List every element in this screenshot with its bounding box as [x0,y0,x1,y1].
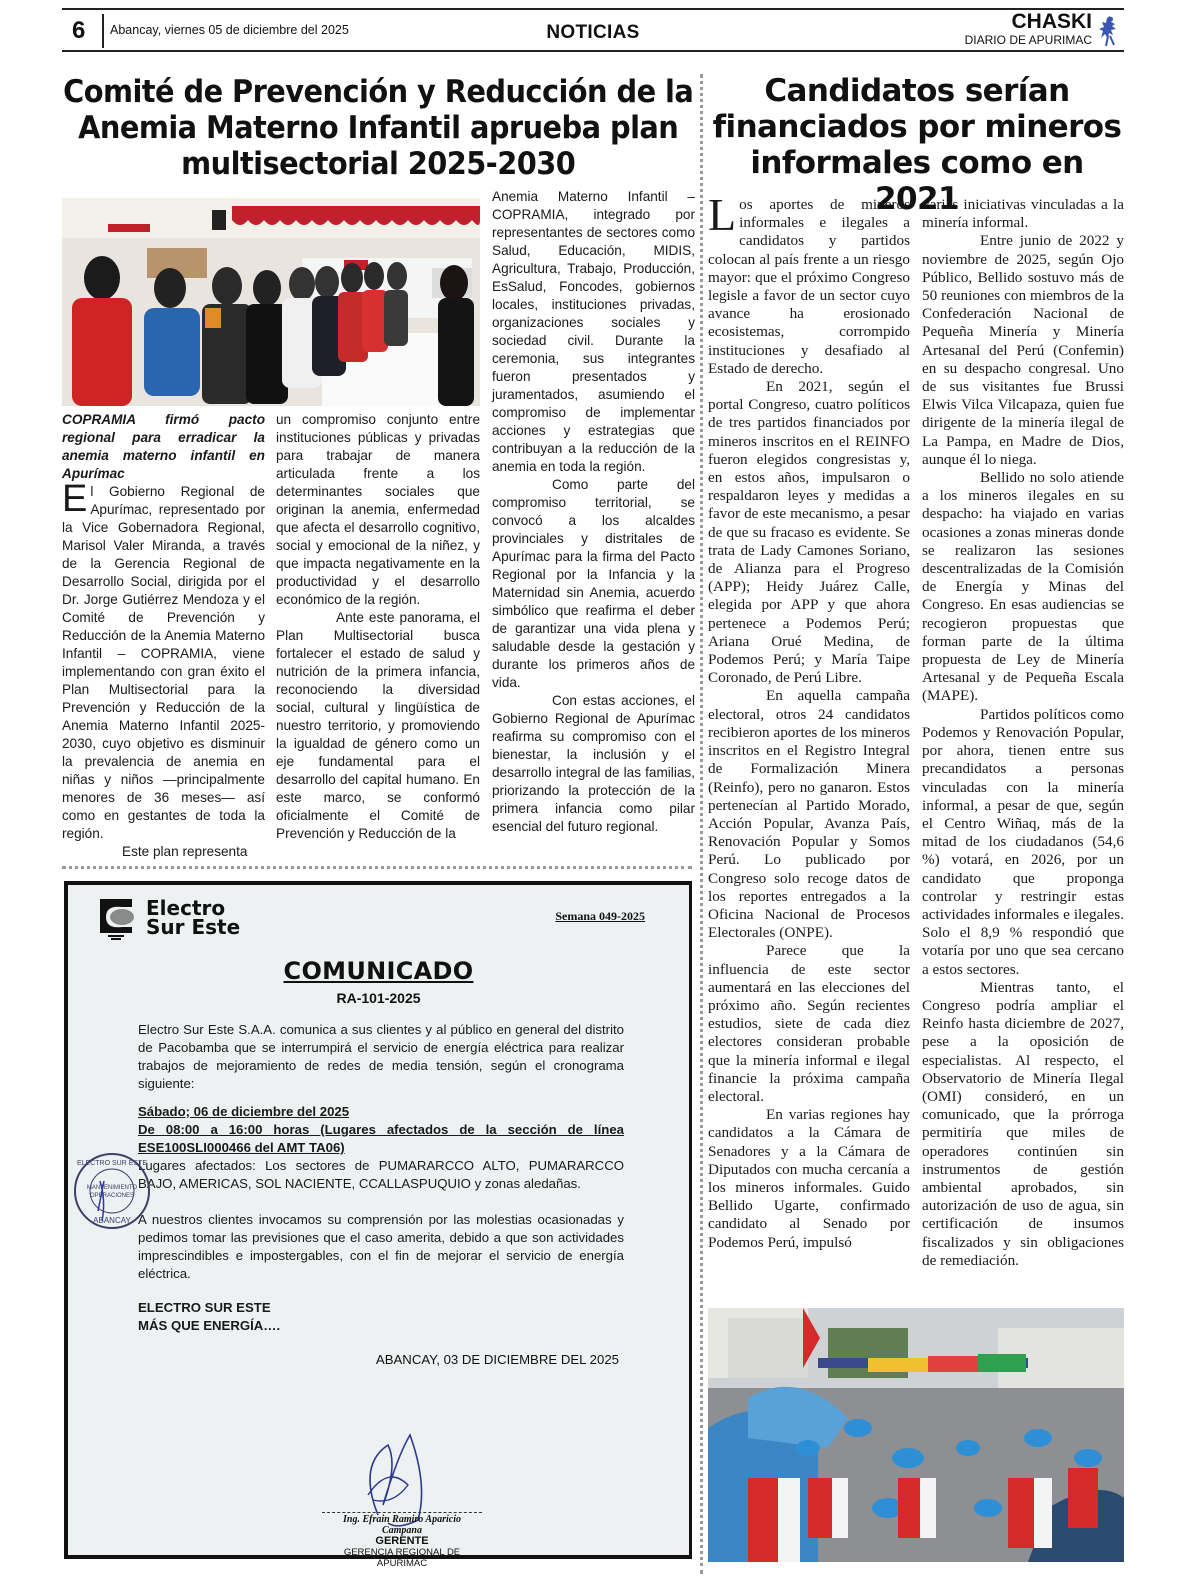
notice-intro: Electro Sur Este S.A.A. comunica a sus c… [138,1021,624,1093]
signer-role: GERENTE [322,1536,482,1547]
article-paragraph: Parece que la influencia de este sector … [708,942,910,1106]
notice-place-date: ABANCAY, 03 DE DICIEMBRE DEL 2025 [376,1352,619,1367]
svg-text:ELECTRO SUR ESTE: ELECTRO SUR ESTE [77,1160,147,1167]
slogan-line-1: ELECTRO SUR ESTE [138,1299,624,1317]
article-paragraph: En varias regiones hay candidatos a la C… [708,1106,910,1252]
notice-apology: A nuestros clientes invocamos su compren… [138,1211,624,1283]
column-divider [700,74,703,1574]
article-paragraph: os aportes de mineros informales e ilega… [708,196,910,377]
notice-schedule: Sábado; 06 de diciembre del 2025 De 08:0… [138,1103,624,1157]
article-paragraph: En 2021, según el portal Congreso, cuatr… [708,378,910,687]
svg-text:OPERACIONES: OPERACIONES [90,1193,134,1199]
section-divider [62,866,692,869]
article-paragraph: Como parte del compromiso territorial, s… [492,476,695,692]
photo-caption: COPRAMIA firmó pacto regional para errad… [62,411,265,483]
article-paragraph: un compromiso conjunto entre institucion… [276,411,480,609]
article-paragraph: En aquella campaña electoral, otros 24 c… [708,687,910,942]
article-left-column-1: COPRAMIA firmó pacto regional para errad… [62,411,265,861]
article-paragraph: Con estas acciones, el Gobierno Regional… [492,692,695,836]
chaski-runner-icon [1096,14,1122,48]
article-left-column-3: Anemia Materno Infantil – COPRAMIA, inte… [492,188,695,836]
article-paragraph: varias iniciativas vinculadas a la miner… [922,196,1124,232]
dropcap: E [62,484,87,514]
week-label: Semana 049-2025 [555,909,645,924]
article-right-column-1: Los aportes de mineros informales e ileg… [708,196,910,1252]
svg-text:ABANCAY: ABANCAY [93,1216,131,1225]
miners-protest-photo [708,1308,1124,1562]
brand-name: CHASKI [965,11,1092,33]
notice-slogan: ELECTRO SUR ESTE MÁS QUE ENERGÍA…. [138,1299,624,1335]
notice-code: RA-101-2025 [68,990,689,1006]
article-paragraph: Mientras tanto, el Congreso podría ampli… [922,979,1124,1270]
slogan-line-2: MÁS QUE ENERGÍA…. [138,1317,624,1335]
company-seal-stamp-icon: ELECTRO SUR ESTE MANTENIMIENTO OPERACION… [72,1151,152,1231]
schedule-time: De 08:00 a 16:00 horas (Lugares afectado… [138,1121,624,1157]
signer-office: GERENCIA REGIONAL DE APURIMAC [322,1547,482,1569]
lightbulb-e-logo-icon [92,895,140,941]
newspaper-brand: CHASKI DIARIO DE APURIMAC [965,11,1092,47]
signer-block: Ing. Efrain Ramiro Aparicio Campana GERE… [322,1512,482,1569]
headline-anemia: Comité de Prevención y Reducción de la A… [62,74,694,182]
brand-subtitle: DIARIO DE APURIMAC [965,33,1092,47]
copramia-ceremony-photo [62,198,480,406]
schedule-date: Sábado; 06 de diciembre del 2025 [138,1103,624,1121]
logo-line-2: Sur Este [146,918,240,937]
article-paragraph: Partidos políticos como Podemos y Renova… [922,706,1124,979]
article-paragraph: Este plan representa [62,843,265,861]
dropcap: L [708,196,736,234]
article-right-column-2: varias iniciativas vinculadas a la miner… [922,196,1124,1270]
masthead: 6 Abancay, viernes 05 de diciembre del 2… [62,8,1124,52]
svg-text:MANTENIMIENTO: MANTENIMIENTO [87,1185,138,1191]
notice-title: COMUNICADO [68,957,689,985]
article-paragraph: Anemia Materno Infantil – COPRAMIA, inte… [492,188,695,476]
signer-name: Ing. Efrain Ramiro Aparicio Campana [322,1512,482,1536]
electro-sur-este-notice: Electro Sur Este Semana 049-2025 COMUNIC… [64,881,692,1559]
article-paragraph: Bellido no solo atiende a los mineros il… [922,469,1124,706]
article-paragraph: l Gobierno Regional de Apurímac, represe… [62,484,265,841]
article-paragraph: Entre junio de 2022 y noviembre de 2025,… [922,232,1124,469]
article-paragraph: Ante este panorama, el Plan Multisectori… [276,609,480,843]
article-left-column-2: un compromiso conjunto entre institucion… [276,411,480,843]
affected-areas: Lugares afectados: Los sectores de PUMAR… [138,1157,624,1193]
electro-sur-este-logo: Electro Sur Este [92,895,240,941]
